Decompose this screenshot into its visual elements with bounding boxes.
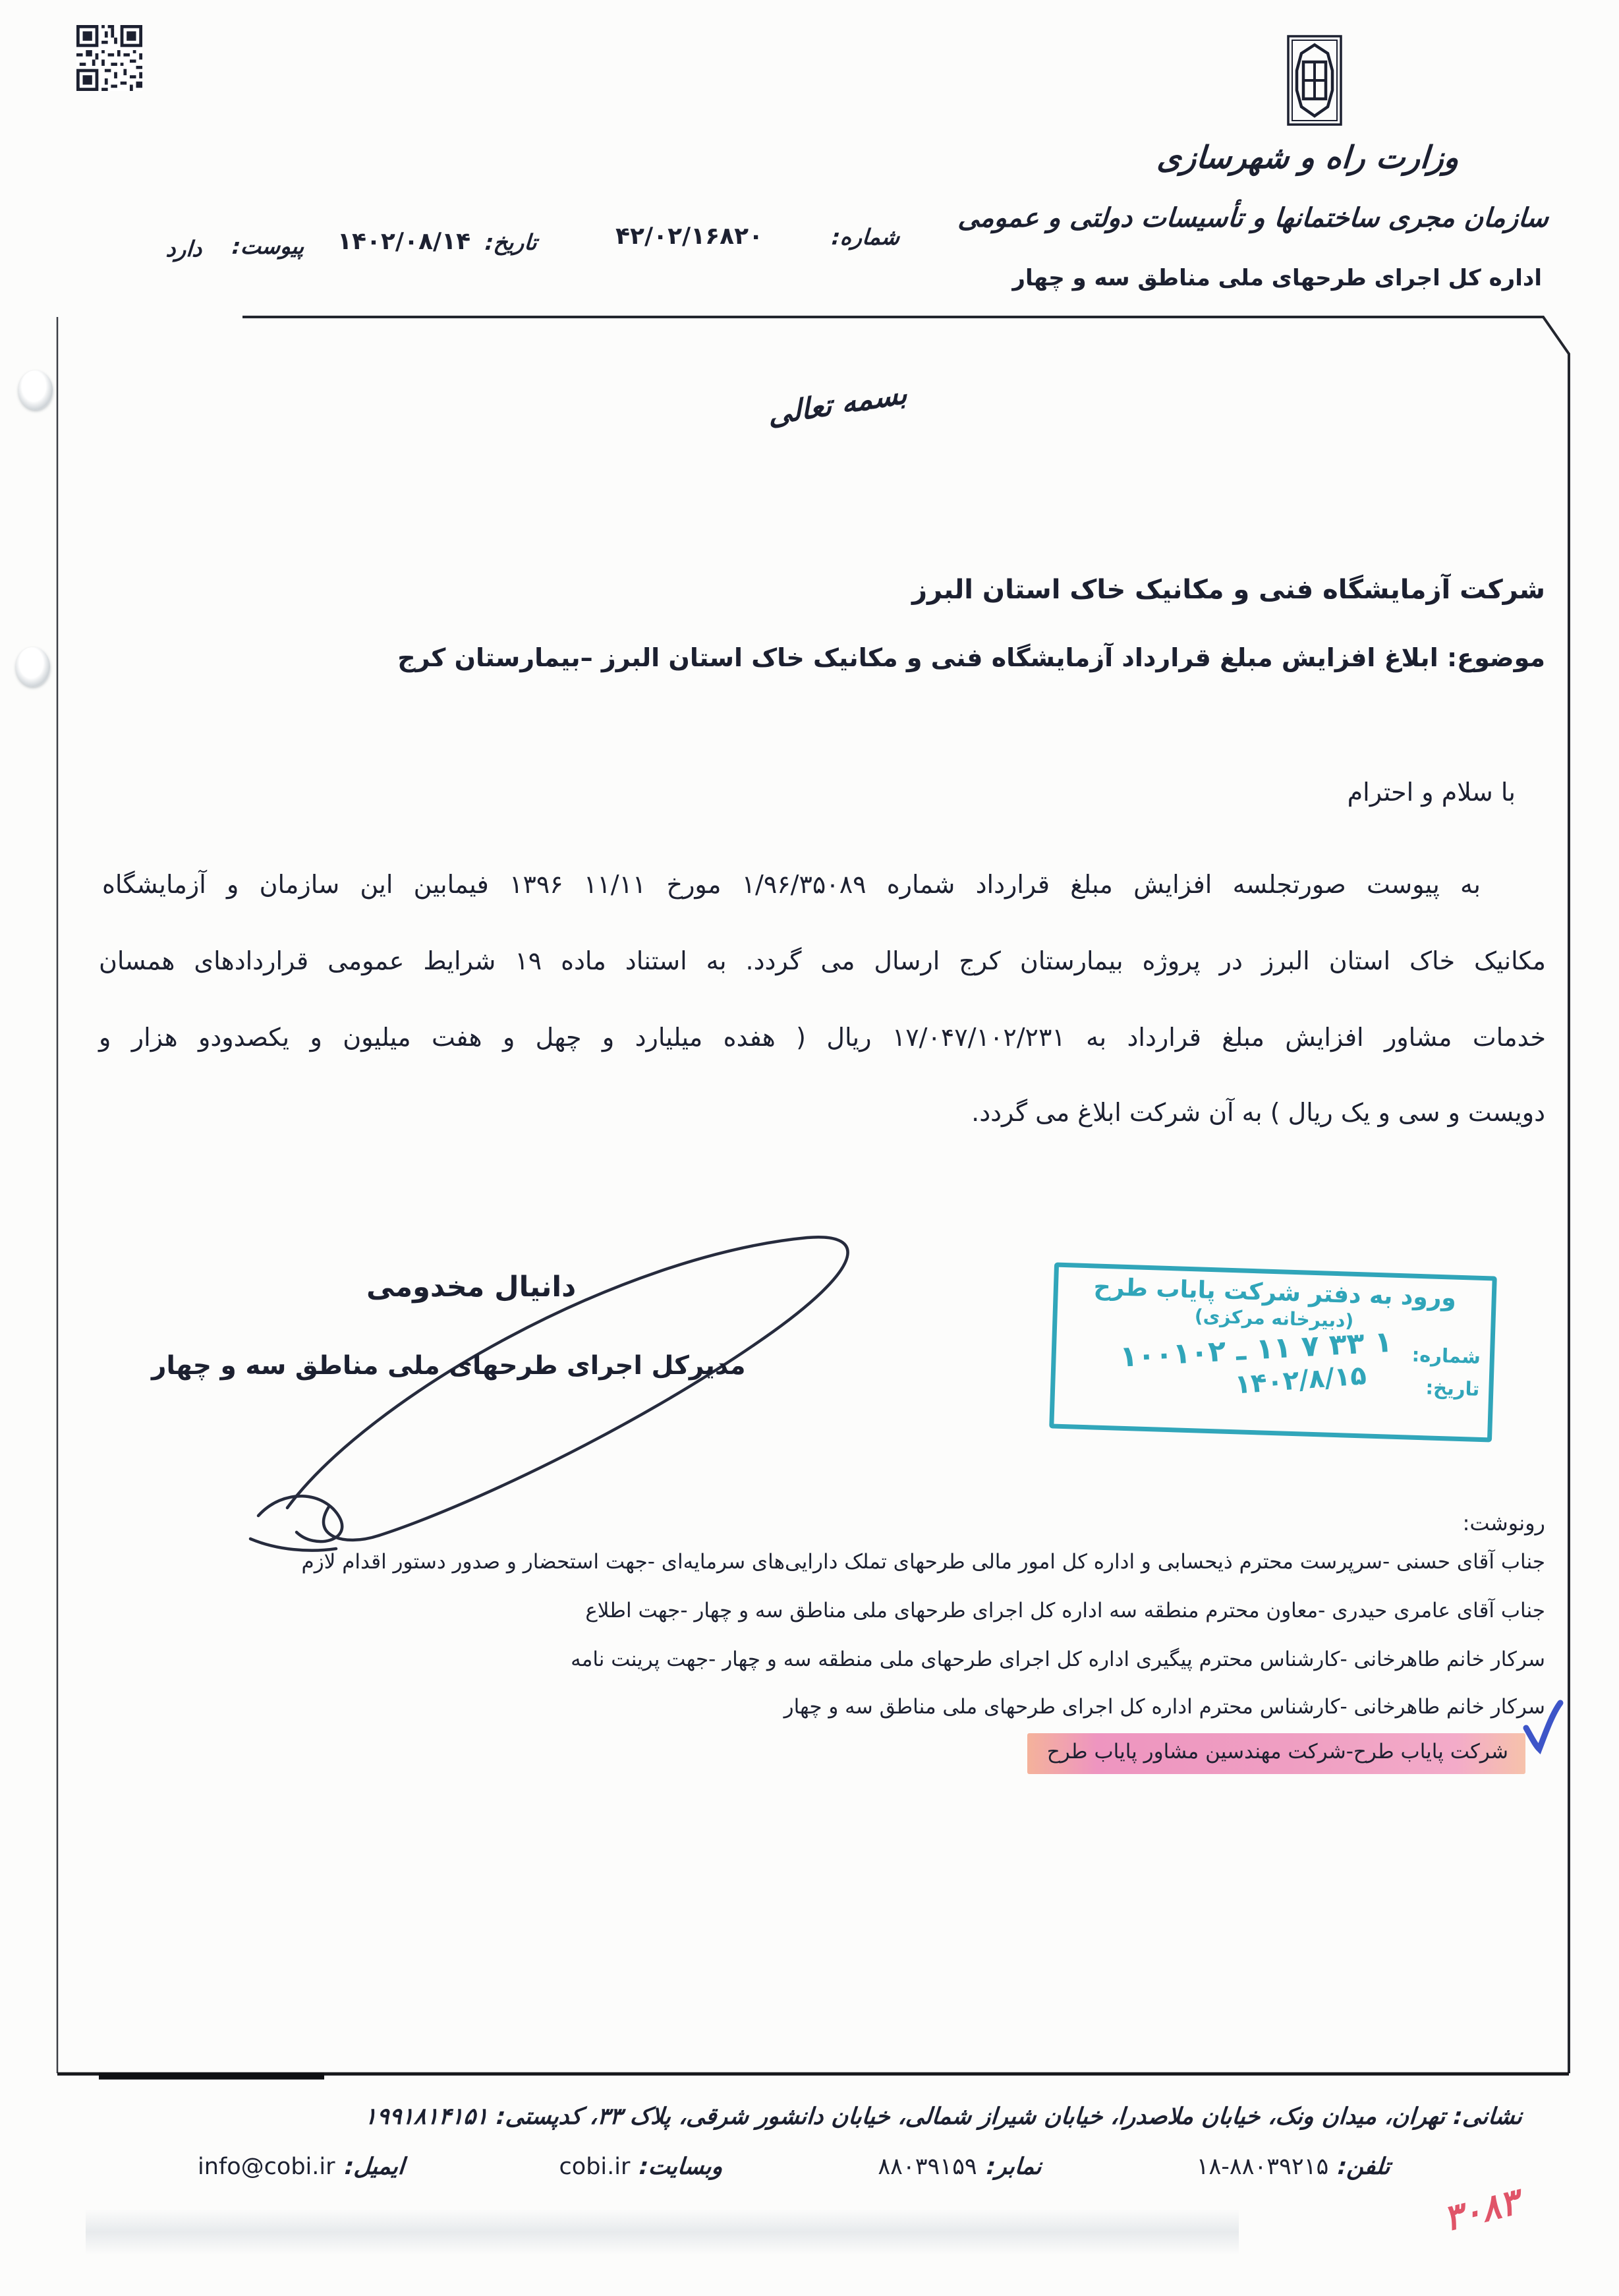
cc-item: سرکار خانم طاهرخانی -کارشناس محترم اداره… — [784, 1695, 1545, 1719]
stamp-date-label: تاریخ: — [1425, 1376, 1480, 1400]
cc-item-highlighted: شرکت پایاب طرح-شرکت مهندسین مشاور پایاب … — [1027, 1733, 1525, 1774]
cc-label: رونوشت: — [1463, 1510, 1545, 1535]
letter-recipient: شرکت آزمایشگاه فنی و مکانیک خاک استان ال… — [912, 575, 1545, 605]
footer-contacts: تلفن: ۱۸-۸۸۰۳۹۲۱۵ نمابر: ۸۸۰۳۹۱۵۹ وبسایت… — [198, 2154, 1390, 2180]
footer-fax-value: ۸۸۰۳۹۱۵۹ — [878, 2154, 977, 2180]
signatory-name: دانیال مخدومی — [366, 1271, 576, 1304]
scanned-letter-page: وزارت راه و شهرسازی سازمان مجری ساختمانه… — [0, 0, 1619, 2296]
signatory-title: مدیرکل اجرای طرحهای ملی مناطق سه و چهار — [152, 1351, 746, 1381]
cc-item: جناب آقای عامری حیدری -معاون محترم منطقه… — [585, 1599, 1545, 1622]
footer-phone-label: تلفن: — [1337, 2154, 1391, 2180]
punch-hole — [18, 370, 53, 410]
stamp-number-label: شماره: — [1411, 1343, 1481, 1367]
body-line: خدمات مشاور افزایش مبلغ قرارداد به ۱۷/۰۴… — [99, 1023, 1546, 1052]
footer-email-value: info@cobi.ir — [198, 2154, 335, 2180]
footer-web-label: وبسایت: — [639, 2154, 724, 2180]
footer-phone-value: ۱۸-۸۸۰۳۹۲۱۵ — [1197, 2154, 1329, 2180]
letter-frame — [0, 0, 1619, 2296]
cc-item: جناب آقای حسنی -سرپرست محترم ذیحسابی و ا… — [302, 1550, 1546, 1574]
body-line: مکانیک خاک استان البرز در پروژه بیمارستا… — [99, 946, 1546, 975]
footer-web-value: cobi.ir — [559, 2154, 631, 2180]
footer-email-label: ایمیل: — [343, 2154, 405, 2180]
footer-address: نشانی: تهران، میدان ونک، خیابان ملاصدرا،… — [364, 2104, 1523, 2130]
entry-stamp: ورود به دفتر شرکت پایاب طرح (دبیرخانه مر… — [1049, 1263, 1497, 1443]
body-line: دویست و سی و یک ریال ) به آن شرکت ابلاغ … — [971, 1098, 1545, 1127]
letter-subject: موضوع: ابلاغ افزایش مبلغ قرارداد آزمایشگ… — [397, 643, 1545, 672]
scan-artifact-band — [86, 2209, 1239, 2255]
punch-hole — [16, 647, 50, 687]
body-line: به پیوست صورتجلسه افزایش مبلغ قرارداد شم… — [102, 870, 1481, 899]
cc-item: سرکار خانم طاهرخانی -کارشناس محترم پیگیر… — [571, 1648, 1545, 1671]
footer-fax-label: نمابر: — [985, 2154, 1042, 2180]
letter-salutation: با سلام و احترام — [1348, 778, 1516, 807]
